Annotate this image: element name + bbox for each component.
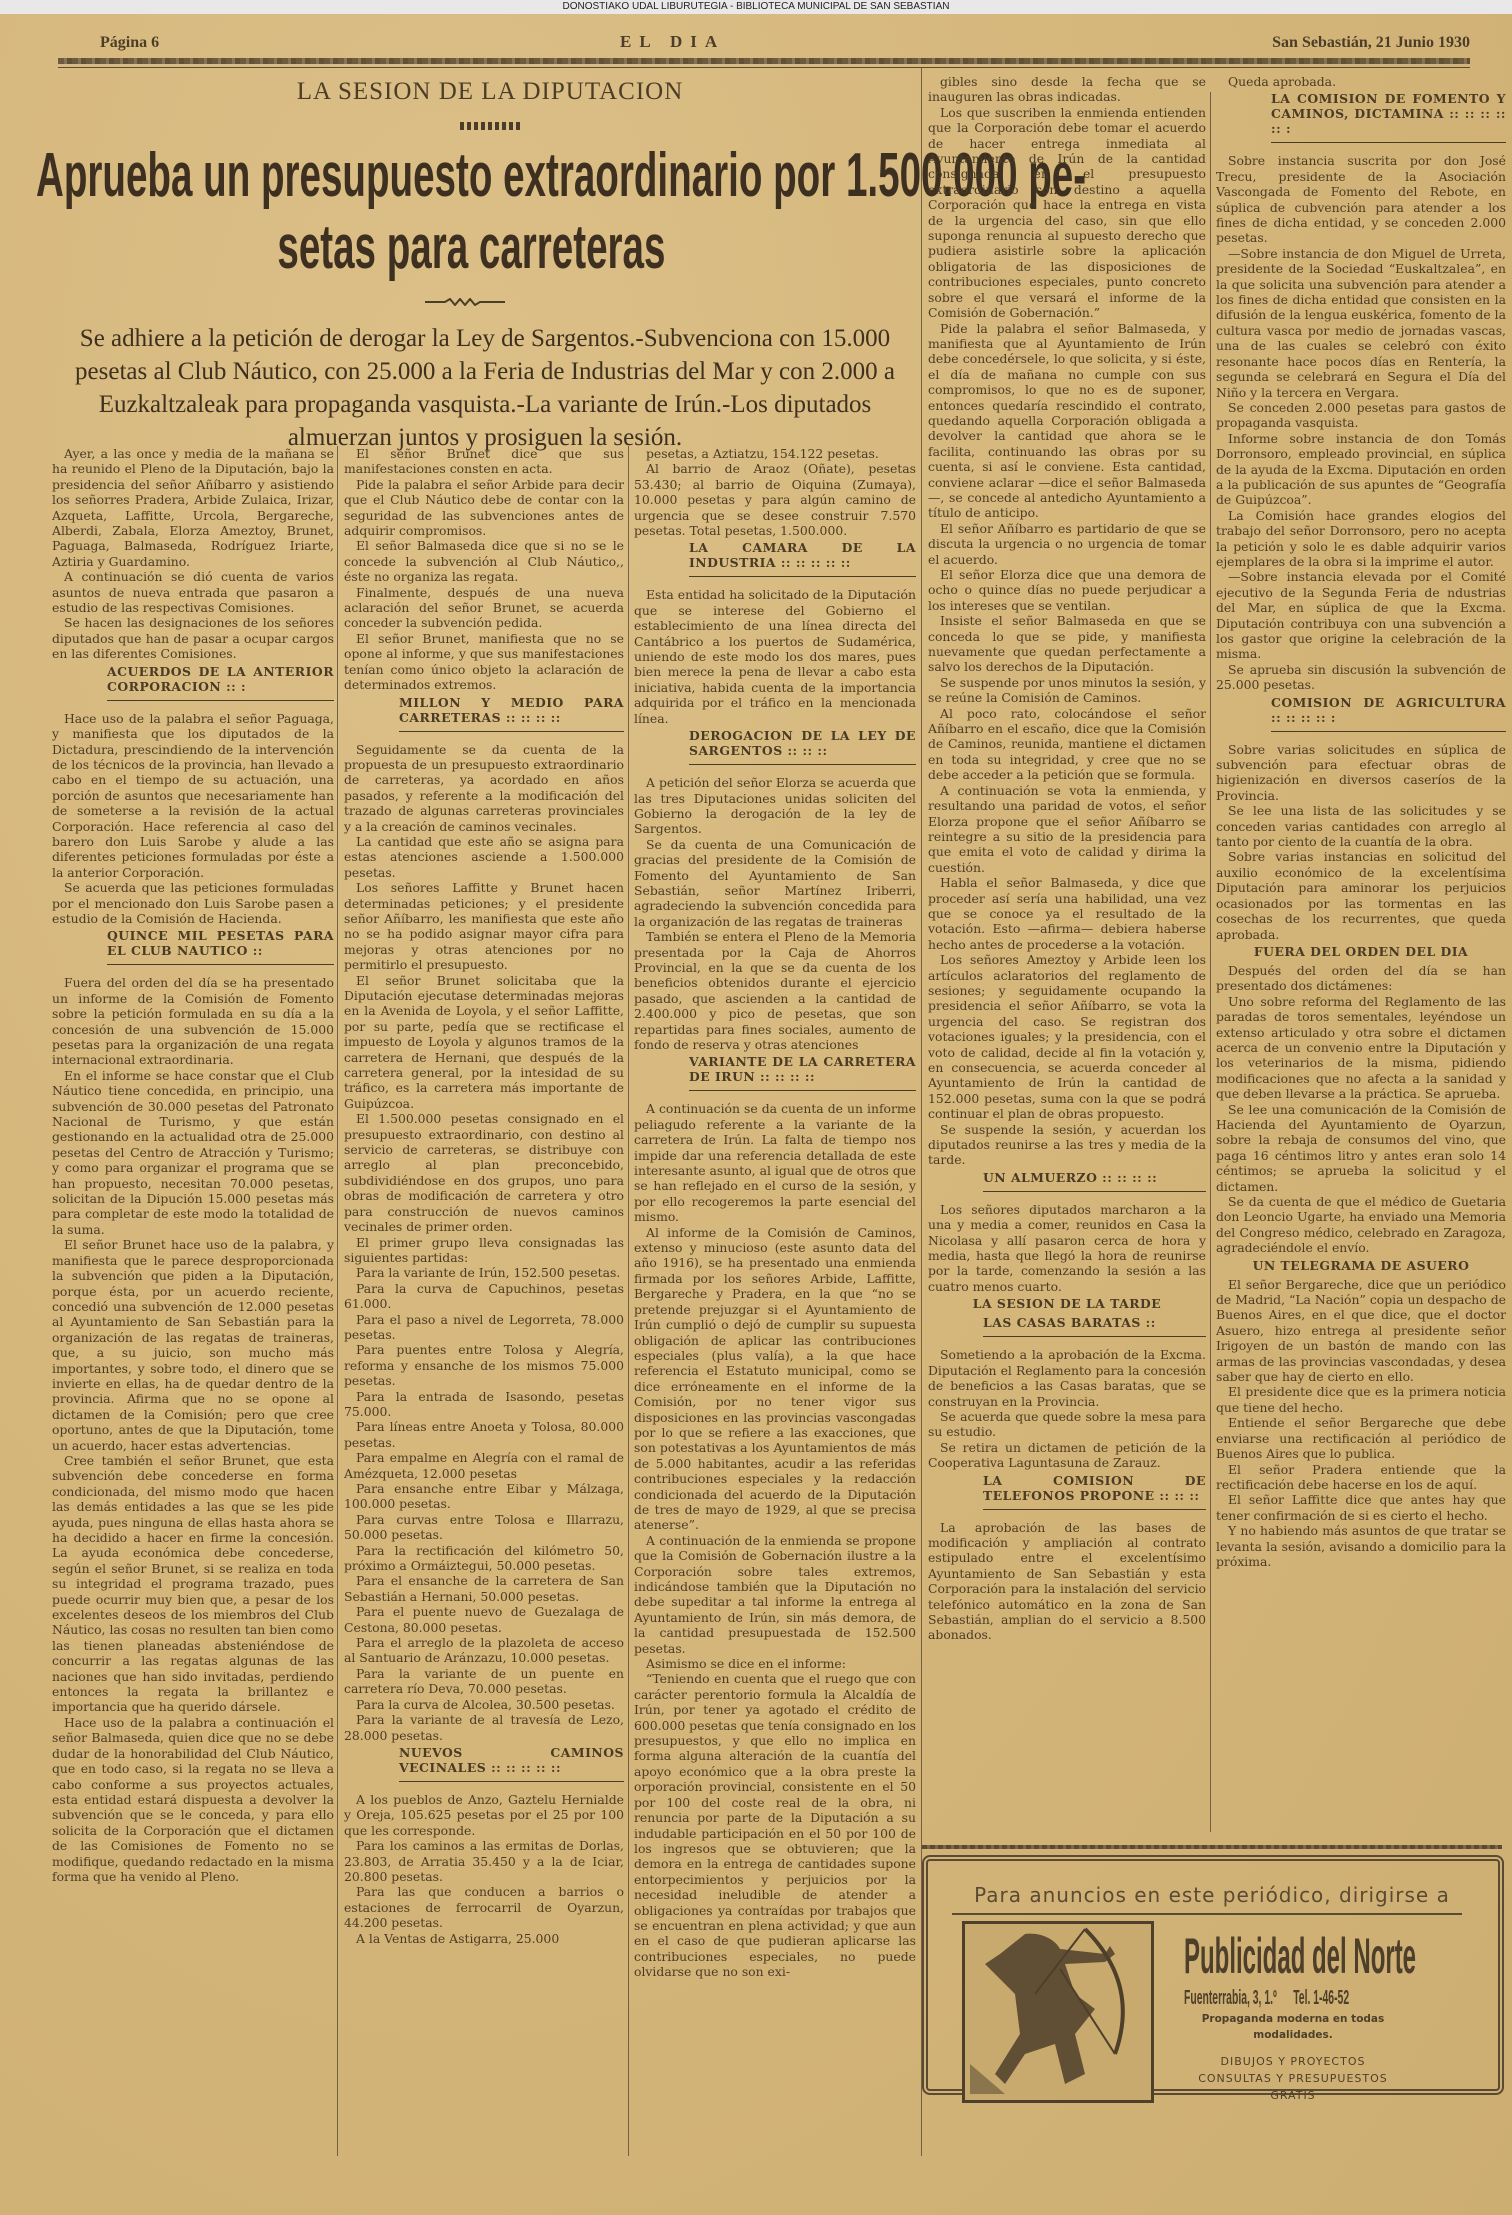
paragraph: Para las que conducen a barrios o estaci…: [344, 1884, 624, 1930]
paragraph: Para la entrada de Isasondo, pesetas 75.…: [344, 1389, 624, 1420]
paragraph: Para la variante de un puente en carrete…: [344, 1666, 624, 1697]
paragraph: Informe sobre instancia de don Tomás Dor…: [1216, 431, 1506, 508]
paragraph: Esta entidad ha solicitado de la Diputac…: [634, 587, 916, 726]
section-heading: LA COMISION DE TELEFONOS PROPONE :: :: :…: [983, 1473, 1206, 1503]
paragraph: Al poco rato, colocándose el señor Añíba…: [928, 706, 1206, 783]
paragraph: Uno sobre reforma del Reglamento de las …: [1216, 994, 1506, 1102]
paragraph: A continuación de la enmienda se propone…: [634, 1533, 916, 1656]
heading-rule: [399, 1781, 624, 1782]
paragraph: Se da cuenta de que el médico de Guetari…: [1216, 1194, 1506, 1256]
issue-date: San Sebastián, 21 Junio 1930: [1272, 34, 1470, 52]
heading-rule: [983, 1191, 1206, 1192]
paragraph: La aprobación de las bases de modificaci…: [928, 1520, 1206, 1643]
paragraph: También se entera el Pleno de la Memoria…: [634, 929, 916, 1052]
heading-rule: [983, 1509, 1206, 1510]
paragraph: El señor Elorza dice que una demora de o…: [928, 567, 1206, 613]
section-heading: MILLON Y MEDIO PARA CARRETERAS :: :: :: …: [399, 695, 624, 725]
paragraph: A petición del señor Elorza se acuerda q…: [634, 775, 916, 837]
paragraph: Se retira un dictamen de petición de la …: [928, 1440, 1206, 1471]
section-heading: DEROGACION DE LA LEY DE SARGENTOS :: :: …: [689, 728, 916, 758]
paragraph: gibles sino desde la fecha que se inaugu…: [928, 74, 1206, 105]
heading-rule: [689, 764, 916, 765]
paragraph: El señor Laffitte dice que antes hay que…: [1216, 1492, 1506, 1523]
paragraph: Hace uso de la palabra el señor Paguaga,…: [52, 711, 334, 880]
section-heading: LA COMISION DE FOMENTO Y CAMINOS, DICTAM…: [1271, 91, 1506, 136]
heading-rule: [107, 964, 334, 965]
paragraph: Sobre instancia suscrita por don José Tr…: [1216, 153, 1506, 245]
advertisement: Para anuncios en este periódico, dirigir…: [922, 1855, 1504, 2095]
paragraph: Pide la palabra el señor Balmaseda, y ma…: [928, 321, 1206, 521]
paragraph: Para líneas entre Anoeta y Tolosa, 80.00…: [344, 1419, 624, 1450]
paragraph: A la Ventas de Astigarra, 25.000: [344, 1931, 624, 1946]
paragraph: A continuación se vota la enmienda, y re…: [928, 783, 1206, 875]
paragraph: Se acuerda que las peticiones formuladas…: [52, 880, 334, 926]
section-heading: UN ALMUERZO :: :: :: ::: [983, 1170, 1206, 1185]
column-rule: [337, 446, 338, 2156]
paragraph: Sobre varias solicitudes en súplica de s…: [1216, 742, 1506, 804]
paragraph: Se suspende por unos minutos la sesión, …: [928, 675, 1206, 706]
page-number: Página 6: [100, 34, 159, 52]
heading-rule: [399, 731, 624, 732]
paragraph: Entiende el señor Bergareche que debe en…: [1216, 1415, 1506, 1461]
paragraph: Se lee una comunicación de la Comisión d…: [1216, 1102, 1506, 1194]
paragraph: Para la variante de al travesía de Lezo,…: [344, 1712, 624, 1743]
section-heading: FUERA DEL ORDEN DEL DIA: [1216, 944, 1506, 959]
paragraph: Al barrio de Araoz (Oñate), pesetas 53.4…: [634, 461, 916, 538]
paragraph: Se acuerda que quede sobre la mesa para …: [928, 1409, 1206, 1440]
paragraph: El señor Brunet hace uso de la palabra, …: [52, 1237, 334, 1453]
paragraph: Sometiendo a la aprobación de la Excma. …: [928, 1347, 1206, 1409]
paragraph: Asimismo se dice en el informe:: [634, 1656, 916, 1671]
section-heading: LA SESION DE LA TARDE: [928, 1296, 1206, 1311]
paragraph: Y no habiendo más asuntos de que tratar …: [1216, 1523, 1506, 1569]
ad-brand-name: Publicidad del Norte: [1184, 1927, 1414, 1985]
paragraph: El señor Pradera entiende que la rectifi…: [1216, 1462, 1506, 1493]
masthead: Página 6 EL DIA San Sebastián, 21 Junio …: [100, 30, 1470, 56]
paragraph: “Teniendo en cuenta que el ruego que con…: [634, 1671, 916, 1979]
ad-description: Propaganda moderna en todas modalidades.: [1184, 2011, 1402, 2043]
section-heading: ACUERDOS DE LA ANTERIOR CORPORACION :: :: [107, 664, 334, 694]
heading-rule: [1271, 731, 1506, 732]
paragraph: Para la variante de Irún, 152.500 peseta…: [344, 1265, 624, 1280]
paragraph: A los pueblos de Anzo, Gaztelu Hernialde…: [344, 1792, 624, 1838]
paragraph: Después del orden del día se han present…: [1216, 963, 1506, 994]
ad-phone: Tel. 1-46-52: [1293, 1987, 1349, 2009]
masthead-rule-thin: [58, 67, 1470, 68]
paragraph: Se suspende la sesión, y acuerdan los di…: [928, 1122, 1206, 1168]
column-2: El señor Brunet dice que sus manifestaci…: [344, 446, 624, 2156]
paragraph: El señor Balmaseda dice que si no se le …: [344, 538, 624, 584]
section-heading: NUEVOS CAMINOS VECINALES :: :: :: :: ::: [399, 1745, 624, 1775]
paragraph: Sobre varias instancias en solicitud del…: [1216, 849, 1506, 941]
paragraph: Para ensanche entre Eibar y Málzaga, 100…: [344, 1481, 624, 1512]
section-heading: LAS CASAS BARATAS ::: [983, 1315, 1206, 1330]
paragraph: Ayer, a las once y media de la mañana se…: [52, 446, 334, 569]
heading-rule: [1271, 142, 1506, 143]
section-heading: VARIANTE DE LA CARRETERA DE IRUN :: :: :…: [689, 1054, 916, 1084]
paragraph: Para el paso a nivel de Legorreta, 78.00…: [344, 1312, 624, 1343]
ad-address: Fuenterrabia, 3, 1.º: [1184, 1987, 1277, 2009]
subheadline: Se adhiere a la petición de derogar la L…: [50, 322, 920, 454]
section-kicker: LA SESION DE LA DIPUTACION: [60, 78, 920, 106]
paragraph: Habla el señor Balmaseda, y dice que pro…: [928, 875, 1206, 952]
paragraph: —Sobre instancia elevada por el Comité e…: [1216, 569, 1506, 661]
heading-rule: [689, 576, 916, 577]
masthead-rule: [58, 58, 1470, 64]
headline: Aprueba un presupuesto extraordinario po…: [50, 140, 920, 290]
paragraph: A continuación se da cuenta de un inform…: [634, 1101, 916, 1224]
paragraph: pesetas, a Aztiatzu, 154.122 pesetas.: [634, 446, 916, 461]
ad-services: DIBUJOS Y PROYECTOS CONSULTAS Y PRESUPUE…: [1184, 2053, 1402, 2104]
paragraph: Se lee una lista de las solicitudes y se…: [1216, 803, 1506, 849]
column-rule: [1210, 92, 1211, 1832]
heading-rule: [107, 700, 334, 701]
paragraph: Para el puente nuevo de Guezalaga de Ces…: [344, 1604, 624, 1635]
paragraph: El señor Añíbarro es partidario de que s…: [928, 521, 1206, 567]
ad-separator-rule: [922, 1845, 1502, 1849]
paragraph: El señor Bergareche, dice que un periódi…: [1216, 1277, 1506, 1385]
squiggle-ornament: [425, 298, 505, 306]
paragraph: El presidente dice que es la primera not…: [1216, 1384, 1506, 1415]
column-3: pesetas, a Aztiatzu, 154.122 pesetas.Al …: [634, 446, 916, 2156]
paragraph: Los que suscriben la enmienda entienden …: [928, 105, 1206, 321]
paragraph: El señor Brunet, manifiesta que no se op…: [344, 631, 624, 693]
paragraph: Finalmente, después de una nueva aclarac…: [344, 585, 624, 631]
column-rule: [921, 68, 922, 2156]
ad-top-line: Para anuncios en este periódico, dirigir…: [952, 1883, 1472, 1907]
paragraph: Para el ensanche de la carretera de San …: [344, 1573, 624, 1604]
column-4: gibles sino desde la fecha que se inaugu…: [928, 74, 1206, 1838]
paragraph: Se conceden 2.000 pesetas para gastos de…: [1216, 400, 1506, 431]
headline-line-2: setas para carreteras: [36, 212, 907, 283]
ad-contact: Fuenterrabia, 3, 1.º Tel. 1-46-52: [1184, 1987, 1402, 2010]
paragraph: Cree también el señor Brunet, que esta s…: [52, 1453, 334, 1715]
paragraph: Para los caminos a las ermitas de Dorlas…: [344, 1838, 624, 1884]
paragraph: Para la curva de Alcolea, 30.500 pesetas…: [344, 1697, 624, 1712]
heading-rule: [689, 1090, 916, 1091]
paragraph: Pide la palabra el señor Arbide para dec…: [344, 477, 624, 539]
paragraph: —Sobre instancia de don Miguel de Urreta…: [1216, 246, 1506, 400]
paragraph: Se da cuenta de una Comunicación de grac…: [634, 837, 916, 929]
paragraph: Para empalme en Alegría con el ramal de …: [344, 1450, 624, 1481]
paragraph: La cantidad que este año se asigna para …: [344, 834, 624, 880]
paragraph: El primer grupo lleva consignadas las si…: [344, 1235, 624, 1266]
section-heading: UN TELEGRAMA DE ASUERO: [1216, 1258, 1506, 1273]
heading-rule: [983, 1336, 1206, 1337]
column-rule: [628, 446, 629, 2156]
paragraph: El señor Brunet solicitaba que la Diputa…: [344, 973, 624, 1112]
archer-icon: [962, 1921, 1154, 2103]
column-5: Queda aprobada.LA COMISION DE FOMENTO Y …: [1216, 74, 1506, 1838]
ad-divider: [952, 1913, 1462, 1915]
ornament-divider: [460, 122, 520, 130]
paragraph: Para puentes entre Tolosa y Alegría, ref…: [344, 1342, 624, 1388]
paragraph: Se aprueba sin discusión la subvención d…: [1216, 662, 1506, 693]
paragraph: Al informe de la Comisión de Caminos, ex…: [634, 1225, 916, 1533]
paragraph: Los señores Ameztoy y Arbide leen los ar…: [928, 952, 1206, 1121]
paragraph: Fuera del orden del día se ha presentado…: [52, 975, 334, 1067]
paragraph: En el informe se hace constar que el Clu…: [52, 1068, 334, 1237]
headline-line-1: Aprueba un presupuesto extraordinario po…: [36, 140, 907, 211]
paragraph: A continuación se dió cuenta de varios a…: [52, 569, 334, 615]
paragraph: La Comisión hace grandes elogios del tra…: [1216, 508, 1506, 570]
newspaper-title: EL DIA: [620, 32, 725, 52]
paragraph: El señor Brunet dice que sus manifestaci…: [344, 446, 624, 477]
paragraph: Los señores diputados marcharon a la una…: [928, 1202, 1206, 1294]
column-1: Ayer, a las once y media de la mañana se…: [52, 446, 334, 2156]
paragraph: Para la rectificación del kilómetro 50, …: [344, 1543, 624, 1574]
paragraph: Los señores Laffitte y Brunet hacen dete…: [344, 880, 624, 972]
paragraph: Para la curva de Capuchinos, pesetas 61.…: [344, 1281, 624, 1312]
paragraph: Se hacen las designaciones de los señore…: [52, 615, 334, 661]
paragraph: Queda aprobada.: [1216, 74, 1506, 89]
paragraph: Seguidamente se da cuenta de la propuest…: [344, 742, 624, 834]
paragraph: Para el arreglo de la plazoleta de acces…: [344, 1635, 624, 1666]
section-heading: COMISION DE AGRICULTURA :: :: :: :: :: [1271, 695, 1506, 725]
paragraph: Hace uso de la palabra a continuación el…: [52, 1715, 334, 1884]
paragraph: Insiste el señor Balmaseda en que se con…: [928, 613, 1206, 675]
paragraph: Para curvas entre Tolosa e Illarrazu, 50…: [344, 1512, 624, 1543]
section-heading: LA CAMARA DE LA INDUSTRIA :: :: :: :: ::: [689, 540, 916, 570]
paragraph: El 1.500.000 pesetas consignado en el pr…: [344, 1111, 624, 1234]
section-heading: QUINCE MIL PESETAS PARA EL CLUB NAUTICO …: [107, 928, 334, 958]
archive-banner: DONOSTIAKO UDAL LIBURUTEGIA - BIBLIOTECA…: [0, 0, 1512, 14]
